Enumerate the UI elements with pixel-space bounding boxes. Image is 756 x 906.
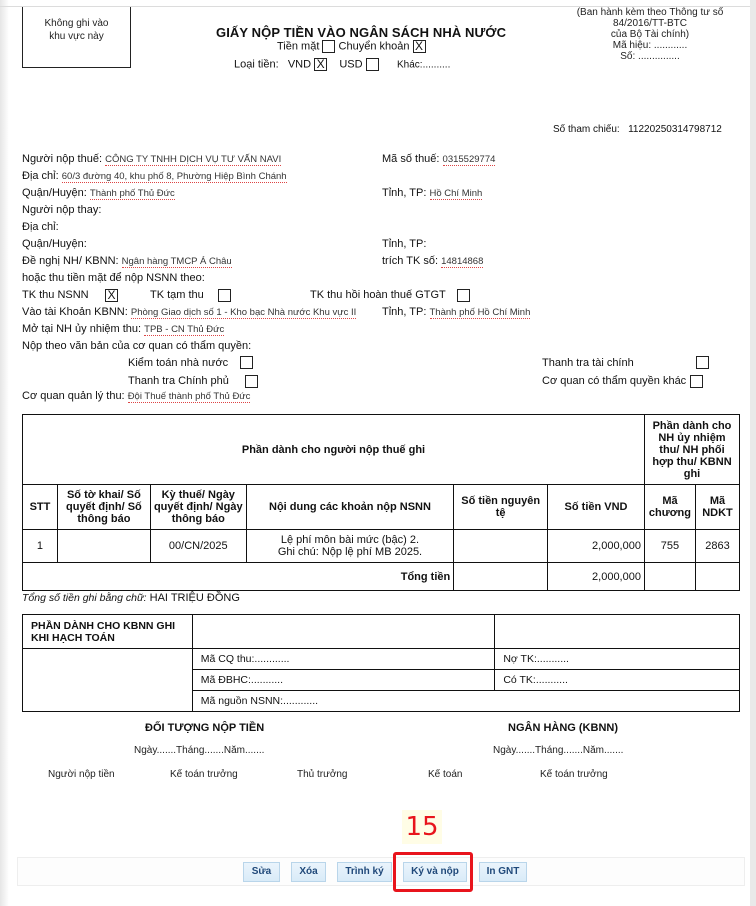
account-type-1: TK thu NSNN [22, 288, 89, 302]
collector-bank: TPB - CN Thủ Đức [144, 324, 224, 336]
payer-role-1: Người nộp tiền [48, 769, 115, 780]
tax-code: 0315529774 [443, 154, 496, 166]
total-row: Tổng tiền 2,000,000 [23, 563, 740, 591]
payment-table: Phần dành cho người nộp thuế ghi Phần dà… [22, 414, 740, 591]
kbnn-account-row: Vào tài Khoản KBNN: Phòng Giao dịch số 1… [22, 305, 356, 320]
proxy-province-row: Tỉnh, TP: [382, 237, 426, 251]
kbnn-section-title: PHẦN DÀNH CHO KBNN GHI KHI HẠCH TOÁN [23, 615, 193, 649]
scrollbar[interactable] [750, 0, 756, 906]
finance-inspection-checkbox[interactable] [696, 356, 709, 369]
bank-account-row: trích TK số: 14814868 [382, 254, 483, 269]
authority-option-audit: Kiểm toán nhà nước [128, 356, 228, 370]
bank-role-2: Kế toán trưởng [540, 769, 608, 780]
delete-button[interactable]: Xóa [291, 862, 326, 882]
taxpayer-province: Hồ Chí Minh [430, 188, 483, 200]
step-highlight-box [393, 852, 473, 892]
edit-button[interactable]: Sửa [243, 862, 280, 882]
tk-tam-thu-checkbox[interactable] [218, 289, 231, 302]
table-row: 1 00/CN/2025 Lệ phí môn bài mức (bậc) 2.… [23, 530, 740, 563]
proxy-payer-row: Người nộp thay: [22, 203, 101, 217]
account-type-2: TK tạm thu [150, 288, 204, 302]
payment-method-row: Tiền mặt Chuyển khoản X [277, 40, 426, 53]
cash-line: hoặc thu tiền mặt để nộp NSNN theo: [22, 271, 205, 285]
bank-name: Ngân hàng TMCP Á Châu [122, 256, 232, 268]
other-authority-checkbox[interactable] [690, 375, 703, 388]
collector-bank-row: Mở tại NH ủy nhiệm thu: TPB - CN Thủ Đức [22, 322, 224, 337]
no-write-area: Không ghi vào khu vực này [22, 7, 131, 68]
reference-number: Số tham chiếu: 11220250314798712 [553, 124, 722, 135]
payer-date: Ngày.......Tháng.......Năm....... [134, 745, 264, 756]
bank-signature-title: NGÂN HÀNG (KBNN) [508, 722, 618, 734]
step-number-badge: 15 [402, 810, 442, 844]
kbnn-province-row: Tỉnh, TP: Thành phố Hồ Chí Minh [382, 305, 530, 320]
bank-date: Ngày.......Tháng.......Năm....... [493, 745, 623, 756]
proxy-address-row: Địa chỉ: [22, 220, 59, 234]
kbnn-province: Thành phố Hồ Chí Minh [430, 307, 531, 319]
bank-account: 14814868 [441, 256, 483, 268]
taxpayer-province-row: Tỉnh, TP: Hồ Chí Minh [382, 186, 482, 201]
proxy-district-row: Quận/Huyện: [22, 237, 87, 251]
bank-section-header: Phần dành cho NH ủy nhiệm thu/ NH phối h… [644, 415, 739, 485]
print-gnt-button[interactable]: In GNT [479, 862, 527, 882]
submit-for-sign-button[interactable]: Trình ký [337, 862, 392, 882]
payer-signature-title: ĐỐI TƯỢNG NỘP TIỀN [145, 722, 264, 734]
payer-role-2: Kế toán trưởng [170, 769, 238, 780]
tk-hoan-thue-checkbox[interactable] [457, 289, 470, 302]
authority-option-government: Thanh tra Chính phủ [128, 374, 229, 388]
bank-role-1: Kế toán [428, 769, 462, 780]
cash-checkbox[interactable] [322, 40, 335, 53]
taxpayer-section-header: Phần dành cho người nộp thuế ghi [23, 415, 645, 485]
taxpayer-address-row: Địa chỉ: 60/3 đường 40, khu phố 8, Phườn… [22, 169, 287, 184]
other-currency: Khác:.......... [397, 59, 450, 70]
taxpayer-address: 60/3 đường 40, khu phố 8, Phường Hiệp Bì… [62, 171, 287, 183]
authority-option-finance: Thanh tra tài chính [542, 356, 634, 370]
payer-role-3: Thủ trưởng [297, 769, 348, 780]
audit-checkbox[interactable] [240, 356, 253, 369]
column-headers: STT Số tờ khai/ Số quyết định/ Số thông … [23, 485, 740, 530]
bank-request-row: Đề nghị NH/ KBNN: Ngân hàng TMCP Á Châu [22, 254, 232, 269]
taxpayer-name: CÔNG TY TNHH DỊCH VỤ TƯ VẤN NAVI [105, 154, 281, 166]
kbnn-accounting-table: PHẦN DÀNH CHO KBNN GHI KHI HẠCH TOÁN Mã … [22, 614, 740, 712]
tax-code-row: Mã số thuế: 0315529774 [382, 152, 495, 167]
form-title: GIẤY NỘP TIỀN VÀO NGÂN SÁCH NHÀ NƯỚC [216, 25, 506, 40]
authority-intro: Nộp theo văn bản của cơ quan có thẩm quy… [22, 339, 251, 353]
taxpayer-district-row: Quận/Huyện: Thành phố Thủ Đức [22, 186, 175, 201]
tax-manager: Đội Thuế thành phố Thủ Đức [128, 391, 251, 403]
account-type-3: TK thu hồi hoàn thuế GTGT [310, 288, 446, 302]
taxpayer-name-row: Người nộp thuế: CÔNG TY TNHH DỊCH VỤ TƯ … [22, 152, 281, 167]
tax-manager-row: Cơ quan quản lý thu: Đội Thuế thành phố … [22, 389, 250, 404]
currency-row: Loại tiền: VND X USD Khác:.......... [234, 58, 450, 71]
decree-info: (Ban hành kèm theo Thông tư số 84/2016/T… [560, 7, 740, 62]
government-inspection-checkbox[interactable] [245, 375, 258, 388]
amount-in-words: Tổng số tiền ghi bằng chữ: HAI TRIỆU ĐỒN… [22, 591, 240, 605]
authority-option-other: Cơ quan có thẩm quyền khác [542, 374, 686, 388]
usd-checkbox[interactable] [366, 58, 379, 71]
kbnn-account: Phòng Giao dịch số 1 - Kho bạc Nhà nước … [131, 307, 356, 319]
page-left-edge [0, 0, 9, 906]
taxpayer-district: Thành phố Thủ Đức [90, 188, 175, 200]
vnd-checkbox[interactable]: X [314, 58, 327, 71]
transfer-checkbox[interactable]: X [413, 40, 426, 53]
tk-thu-nsnn-checkbox[interactable]: X [105, 289, 118, 302]
